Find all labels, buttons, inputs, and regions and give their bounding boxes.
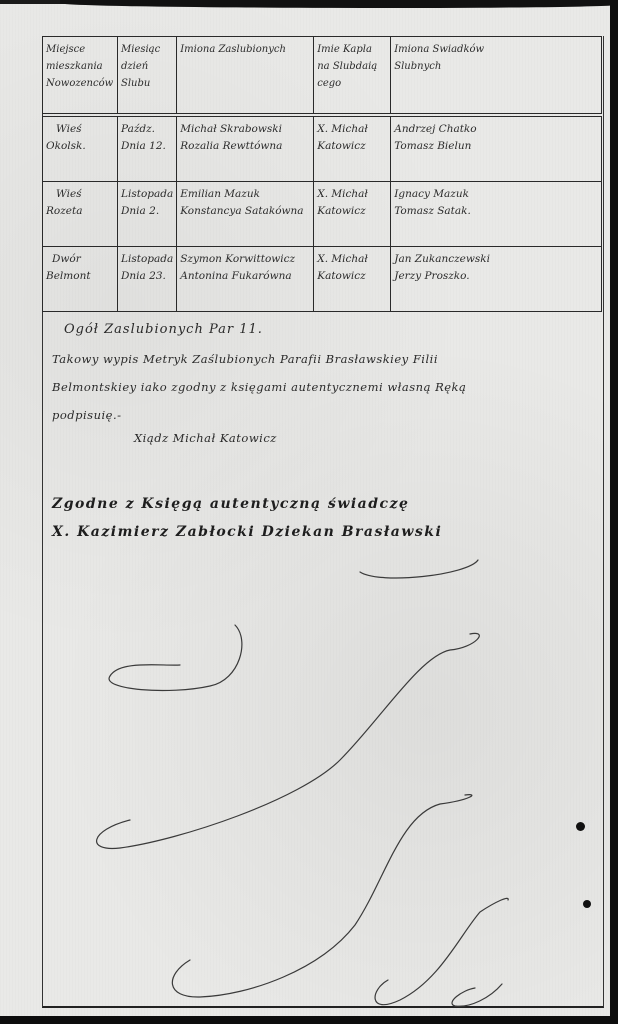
scan-edge-right [610,0,618,1024]
header-priest: Imie Kapla na Slubdaią cego [314,37,391,116]
cell-residence: Wieś Okolsk. [43,115,118,182]
header-date: Miesiąc dzień Slubu [118,37,177,116]
priest-signature: Xiądz Michał Katowicz [134,431,597,445]
cell-date: Paźdz. Dnia 12. [118,115,177,182]
table-row: Dwór Belmont Listopada Dnia 23. Szymon K… [43,247,602,312]
total-couples: Ogół Zaslubionych Par 11. [64,322,597,337]
cell-witnesses: Andrzej Chatko Tomasz Bielun [391,115,602,182]
cell-witnesses: Ignacy Mazuk Tomasz Satak. [391,182,602,247]
marriage-register-table: Miejsce mieszkania Nowozenców Miesiąc dz… [42,36,602,312]
table-row: Wieś Okolsk. Paźdz. Dnia 12. Michał Skra… [43,115,602,182]
cell-witnesses: Jan Zukanczewski Jerzy Proszko. [391,247,602,312]
table-row: Wieś Rozeta Listopada Dnia 2. Emilian Ma… [43,182,602,247]
header-witnesses: Imiona Swiadków Slubnych [391,37,602,116]
ink-blot [583,900,591,908]
cell-spouses: Michał Skrabowski Rozalia Rewttówna [177,115,314,182]
cell-spouses: Szymon Korwittowicz Antonina Fukarówna [177,247,314,312]
header-spouses: Imiona Zaslubionych [177,37,314,116]
ink-blot [576,822,585,831]
header-residence: Miejsce mieszkania Nowozenców [43,37,118,116]
cell-priest: X. Michał Katowicz [314,115,391,182]
table-header-row: Miejsce mieszkania Nowozenców Miesiąc dz… [43,37,602,116]
cell-residence: Dwór Belmont [43,247,118,312]
cell-date: Listopada Dnia 23. [118,247,177,312]
summary-section: Ogół Zaslubionych Par 11. Takowy wypis M… [52,322,597,445]
attestation-paragraph: Takowy wypis Metryk Zaślubionych Parafii… [52,345,597,429]
cell-spouses: Emilian Mazuk Konstancya Satakówna [177,182,314,247]
cell-residence: Wieś Rozeta [43,182,118,247]
dean-certification: Zgodne z Księgą autentyczną świadczę X. … [52,490,597,546]
cell-date: Listopada Dnia 2. [118,182,177,247]
cell-priest: X. Michał Katowicz [314,247,391,312]
scan-edge-bottom [0,1016,618,1024]
cell-priest: X. Michał Katowicz [314,182,391,247]
